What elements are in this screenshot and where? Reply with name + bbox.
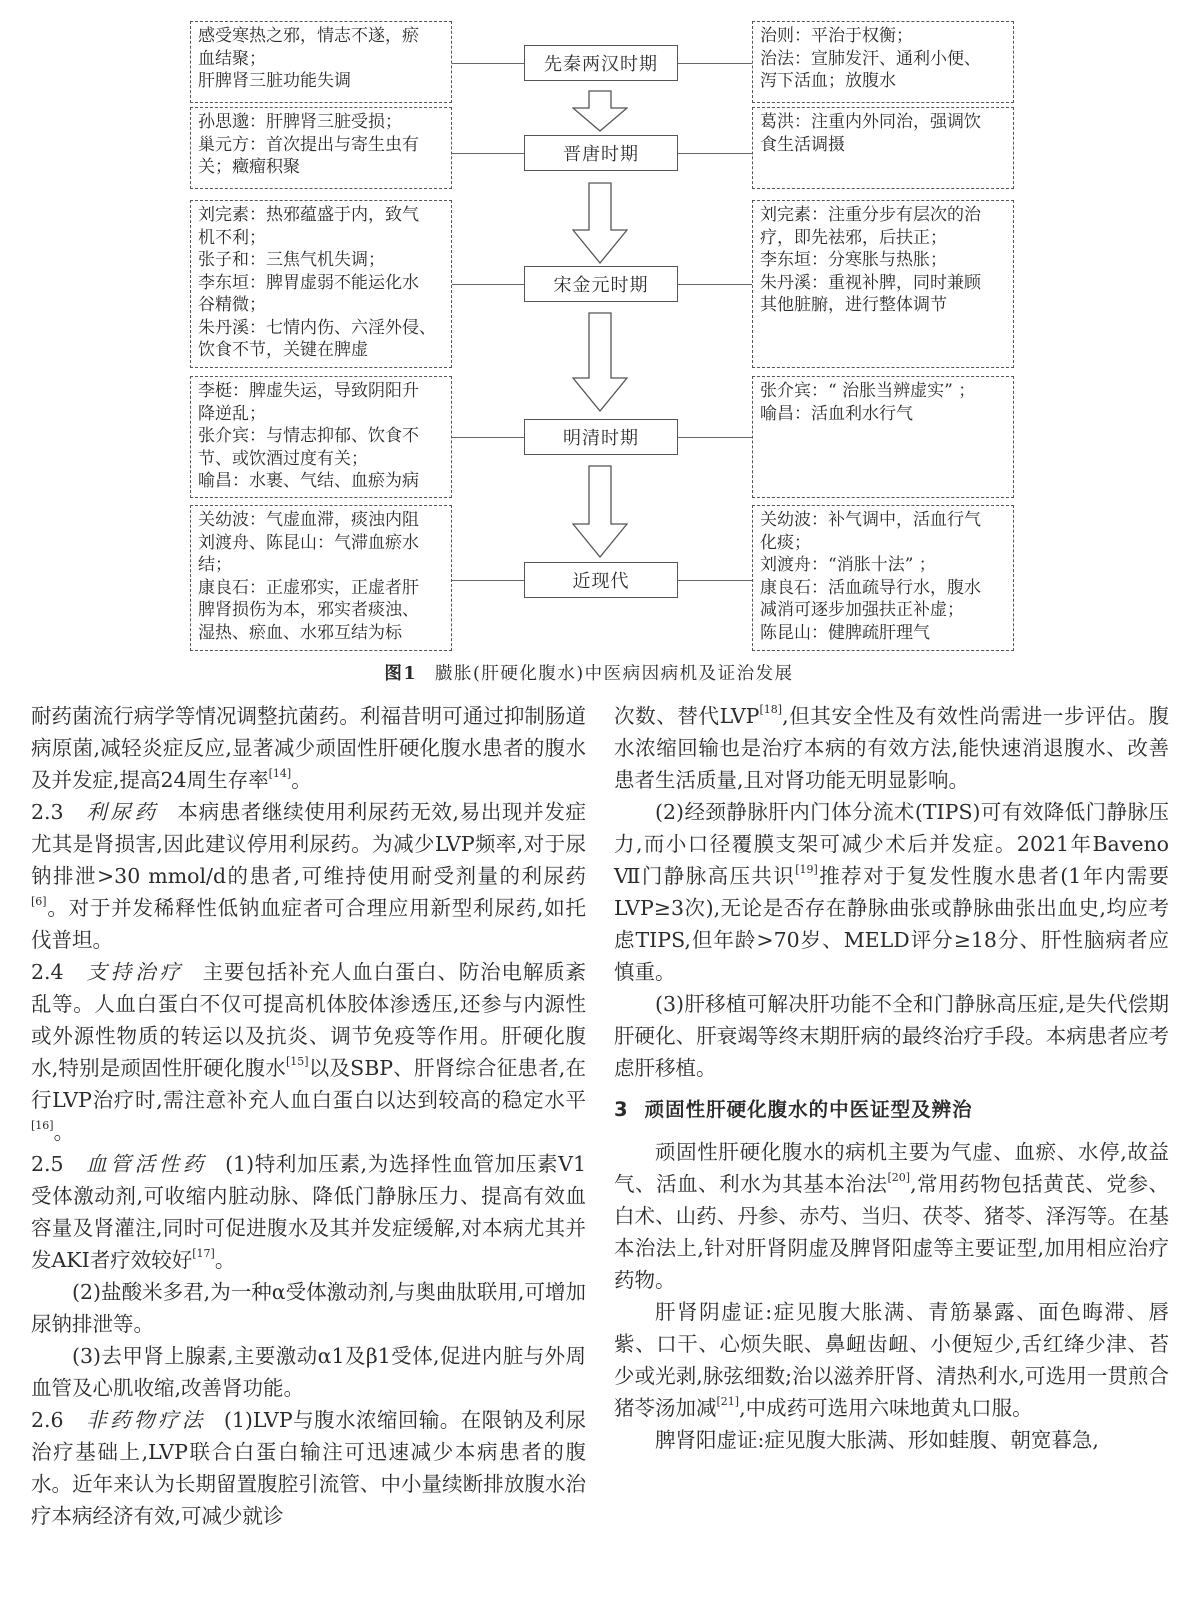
section-2-4: 2.4支持治疗主要包括补充人血白蛋白、防治电解质紊乱等。人血白蛋白不仅可提高机体…: [31, 956, 586, 1148]
citation: [15]: [286, 1055, 309, 1068]
treatment-box-xianqin: 治则：平治于权衡； 治法：宣肺发汗、通利小便、 泻下活血；放腹水: [752, 21, 1014, 103]
connector-line: [678, 284, 752, 285]
etiology-box-modern: 关幼波：气虚血滞，痰浊内阻 刘渡舟、陈昆山：气滞血瘀水 结； 康良石：正虚邪实，…: [190, 505, 452, 651]
connector-line: [452, 63, 524, 64]
figure-label: 图1: [384, 664, 417, 684]
citation: [20]: [887, 1171, 910, 1184]
period-box-jintang: 晋唐时期: [524, 135, 678, 171]
connector-line: [678, 437, 752, 438]
section-title: 血管活性药: [86, 1152, 207, 1176]
citation: [14]: [269, 767, 292, 780]
connector-line: [452, 437, 524, 438]
section-number: 3: [614, 1098, 629, 1121]
etiology-box-jintang: 孙思邈：肝脾肾三脏受损； 巢元方：首次提出与寄生虫有 关；癥瘤积聚: [190, 107, 452, 189]
period-box-mingqing: 明清时期: [524, 419, 678, 455]
paragraph: 脾肾阳虚证:症见腹大胀满、形如蛙腹、朝宽暮急,: [614, 1424, 1169, 1456]
citation: [17]: [192, 1247, 215, 1260]
citation: [18]: [759, 703, 782, 716]
down-arrow-icon: [572, 465, 628, 558]
section-number: 2.3: [31, 800, 64, 824]
paragraph: (2)盐酸米多君,为一种α受体激动剂,与奥曲肽联用,可增加尿钠排泄等。: [31, 1276, 586, 1340]
citation: [6]: [31, 895, 47, 908]
citation: [21]: [717, 1395, 740, 1408]
treatment-box-modern: 关幼波：补气调中，活血行气 化痰； 刘渡舟：“消胀十法” ； 康良石：活血疏导行…: [752, 505, 1014, 651]
left-column: 耐药菌流行病学等情况调整抗菌药。利福昔明可通过抑制肠道病原菌,减轻炎症反应,显著…: [31, 700, 586, 1532]
connector-line: [678, 580, 752, 581]
down-arrow-icon: [572, 312, 628, 412]
citation: [19]: [795, 863, 818, 876]
section-number: 2.5: [31, 1152, 64, 1176]
figure-1: 感受寒热之邪，情志不遂，瘀 血结聚； 肝脾肾三脏功能失调 先秦两汉时期 治则：平…: [0, 0, 1178, 690]
section-heading-3: 3顽固性肝硬化腹水的中医证型及辨治: [614, 1094, 1169, 1126]
section-number: 2.6: [31, 1408, 64, 1432]
etiology-box-songjinyuan: 刘完素：热邪蕴盛于内，致气 机不利； 张子和：三焦气机失调； 李东垣：脾胃虚弱不…: [190, 200, 452, 368]
right-column: 次数、替代LVP[18],但其安全性及有效性尚需进一步评估。腹水浓缩回输也是治疗…: [614, 700, 1169, 1456]
citation: [16]: [31, 1119, 54, 1132]
paragraph: 次数、替代LVP[18],但其安全性及有效性尚需进一步评估。腹水浓缩回输也是治疗…: [614, 700, 1169, 796]
treatment-box-mingqing: 张介宾：“ 治胀当辨虚实” ； 喻昌：活血利水行气: [752, 376, 1014, 498]
section-2-6: 2.6非药物疗法(1)LVP与腹水浓缩回输。在限钠及利尿治疗基础上,LVP联合白…: [31, 1404, 586, 1532]
period-box-songjinyuan: 宋金元时期: [524, 266, 678, 302]
section-2-3: 2.3利尿药本病患者继续使用利尿药无效,易出现并发症尤其是肾损害,因此建议停用利…: [31, 796, 586, 956]
etiology-box-mingqing: 李梃：脾虚失运，导致阴阳升 降逆乱； 张介宾：与情志抑郁、饮食不 节、或饮酒过度…: [190, 376, 452, 498]
connector-line: [452, 153, 524, 154]
paragraph: (3)肝移植可解决肝功能不全和门静脉高压症,是失代偿期肝硬化、肝衰竭等终末期肝病…: [614, 988, 1169, 1084]
treatment-box-jintang: 葛洪：注重内外同治，强调饮 食生活调摄: [752, 107, 1014, 189]
connector-line: [452, 284, 524, 285]
period-box-xianqin: 先秦两汉时期: [524, 45, 678, 81]
paragraph: 顽固性肝硬化腹水的病机主要为气虚、血瘀、水停,故益气、活血、利水为其基本治法[2…: [614, 1136, 1169, 1296]
section-title: 顽固性肝硬化腹水的中医证型及辨治: [645, 1098, 973, 1121]
paragraph: 耐药菌流行病学等情况调整抗菌药。利福昔明可通过抑制肠道病原菌,减轻炎症反应,显著…: [31, 700, 586, 796]
section-title: 支持治疗: [86, 960, 184, 984]
down-arrow-icon: [572, 90, 628, 132]
paragraph: (3)去甲肾上腺素,主要激动α1及β1受体,促进内脏与外周血管及心肌收缩,改善肾…: [31, 1340, 586, 1404]
section-2-5: 2.5血管活性药(1)特利加压素,为选择性血管加压素V1受体激动剂,可收缩内脏动…: [31, 1148, 586, 1276]
connector-line: [452, 580, 524, 581]
etiology-box-xianqin: 感受寒热之邪，情志不遂，瘀 血结聚； 肝脾肾三脏功能失调: [190, 21, 452, 103]
paragraph: (2)经颈静脉肝内门体分流术(TIPS)可有效降低门静脉压力,而小口径覆膜支架可…: [614, 796, 1169, 988]
section-number: 2.4: [31, 960, 64, 984]
section-title: 非药物疗法: [86, 1408, 206, 1432]
figure-caption: 图1臌胀(肝硬化腹水)中医病因病机及证治发展: [0, 660, 1178, 685]
treatment-box-songjinyuan: 刘完素：注重分步有层次的治 疗，即先祛邪，后扶正； 李东垣：分寒胀与热胀； 朱丹…: [752, 200, 1014, 368]
figure-caption-text: 臌胀(肝硬化腹水)中医病因病机及证治发展: [435, 664, 794, 684]
connector-line: [678, 153, 752, 154]
paragraph: 肝肾阴虚证:症见腹大胀满、青筋暴露、面色晦滞、唇紫、口干、心烦失眠、鼻衄齿衄、小…: [614, 1296, 1169, 1424]
down-arrow-icon: [572, 182, 628, 264]
connector-line: [678, 63, 752, 64]
period-box-modern: 近现代: [524, 562, 678, 598]
section-title: 利尿药: [86, 800, 159, 824]
